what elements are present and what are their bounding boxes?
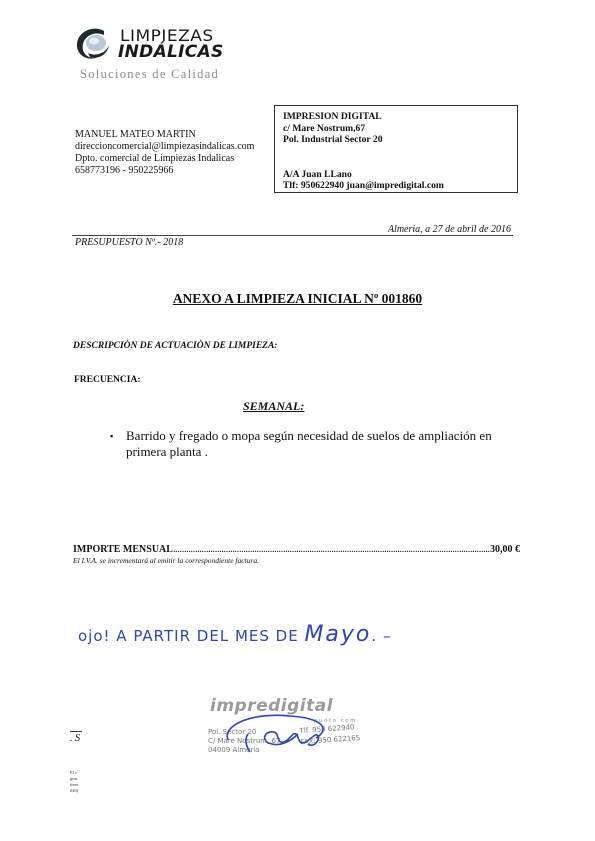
budget-number: PRESUPUESTO Nº.- 2018: [75, 237, 183, 248]
sender-phones: 658773196 - 950225966: [75, 165, 254, 177]
vat-note: El I.V.A. se incrementará al emitir la c…: [73, 556, 259, 565]
margin-fragment: . S: [70, 731, 82, 744]
header-divider: [72, 235, 513, 236]
recipient-box: IMPRESION DIGITAL c/ Mare Nostrum,67 Pol…: [274, 105, 518, 193]
sender-department: Dpto. comercial de Limpiezas Indalicas: [75, 153, 254, 165]
sender-name: MANUEL MATEO MARTIN: [75, 129, 254, 141]
document-title: ANEXO A LIMPIEZA INICIAL Nº 001860: [0, 291, 595, 307]
handwritten-note: ojo! A PARTIR DEL MES DE Mayo. –: [78, 622, 391, 647]
sender-block: MANUEL MATEO MARTIN direccioncomercial@l…: [75, 129, 254, 177]
handwritten-note-part1: ojo! A PARTIR DEL MES DE: [78, 627, 304, 645]
bullet-icon: ▪: [110, 428, 113, 444]
recipient-company: IMPRESION DIGITAL: [283, 111, 517, 123]
sender-email: direccioncomercial@limpiezasindalicas.co…: [75, 141, 254, 153]
handwritten-note-part3: . –: [371, 627, 391, 645]
amount-label: IMPORTE MENSUAL: [73, 544, 173, 555]
amount-value: 30,00 €: [490, 544, 520, 555]
description-heading: DESCRIPCIÒN DE ACTUACIÒN DE LIMPIEZA:: [73, 341, 277, 351]
document-title-text: ANEXO A LIMPIEZA INICIAL Nº 001860: [173, 291, 422, 306]
recipient-area: Pol. Industrial Sector 20: [283, 134, 517, 146]
task-text: Barrido y fregado o mopa según necesidad…: [126, 428, 526, 460]
amount-leader-dots: ........................................…: [173, 544, 490, 555]
swirl-logo-icon: [74, 27, 112, 61]
company-name-line2: INDÁLICAS: [118, 42, 224, 62]
frequency-value: SEMANAL:: [243, 399, 304, 414]
company-tagline: Soluciones de Calidad: [80, 67, 219, 82]
recipient-attention: A/A Juan LLano: [283, 169, 517, 181]
monthly-amount-row: IMPORTE MENSUAL ........................…: [73, 544, 520, 555]
frequency-label: FRECUENCIA:: [74, 375, 141, 385]
date-line: Almeria, a 27 de abril de 2016: [388, 224, 511, 235]
recipient-contact: Tlf: 950622940 juan@impredigital.com: [283, 180, 517, 192]
company-stamp: impredigital punto com Pol. Sector 20 C/…: [196, 690, 396, 770]
margin-fragment-line: 040(: [70, 788, 78, 794]
handwritten-note-month: Mayo: [304, 622, 371, 647]
signature-icon: [220, 706, 340, 758]
recipient-street: c/ Mare Nostrum,67: [283, 123, 517, 135]
margin-fragment-lines: El c gest tiem 040(: [70, 770, 78, 794]
